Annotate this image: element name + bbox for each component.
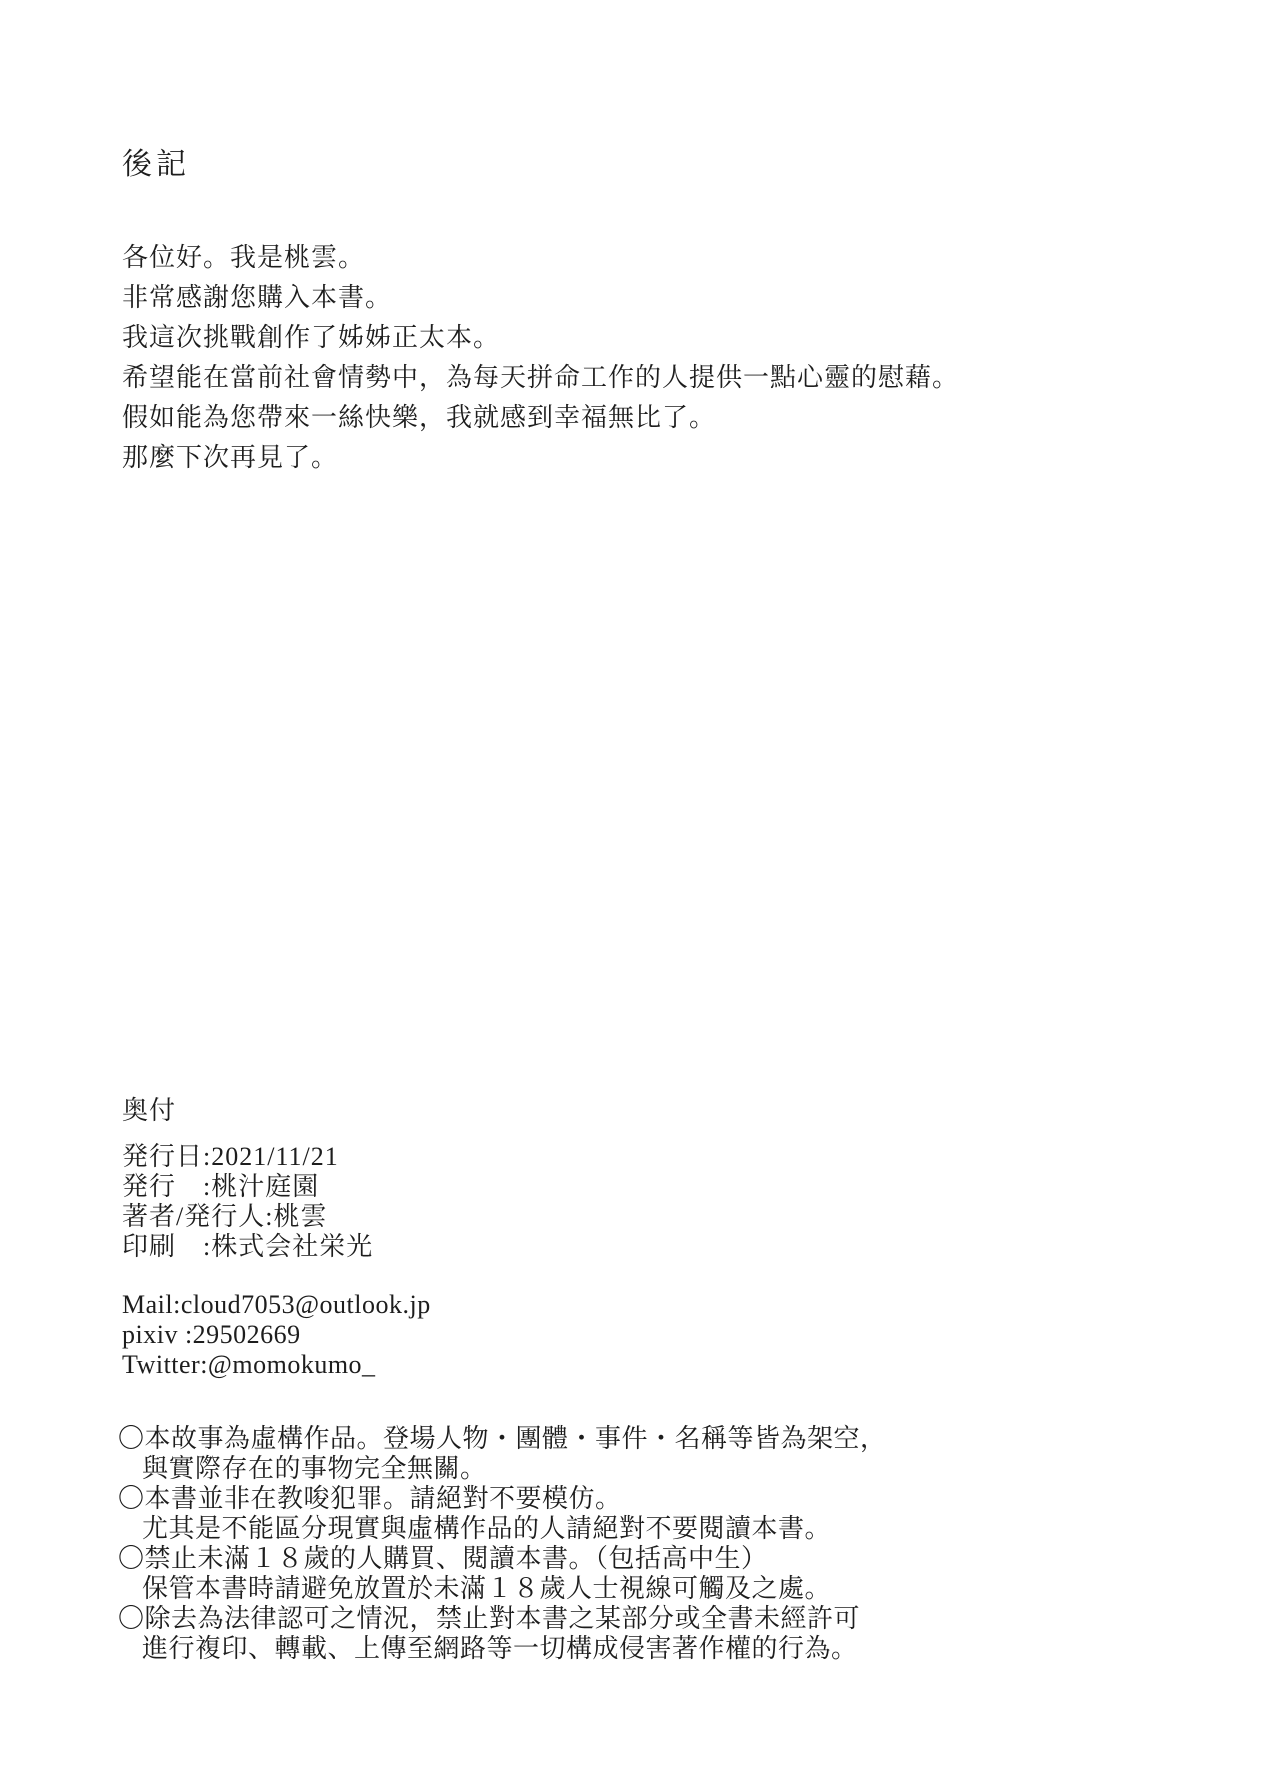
afterword-paragraph: 各位好。我是桃雲。 非常感謝您購入本書。 我這次挑戰創作了姊姊正太本。 希望能在… [122,238,1220,478]
afterword-heading: 後記 [122,148,190,181]
afterword-line: 那麼下次再見了。 [122,438,1220,478]
disclaimer-item-copyright: 〇除去為法律認可之情況，禁止對本書之某部分或全書未經許可 進行複印、轉載、上傳至… [118,1604,1240,1664]
afterword-line: 假如能為您帶來一絲快樂，我就感到幸福無比了。 [122,398,1220,438]
colophon-author: 著者/発行人:桃雲 [122,1202,373,1232]
colophon-contact-block: Mail:cloud7053@outlook.jp pixiv :2950266… [122,1290,431,1380]
afterword-line: 希望能在當前社會情勢中，為每天拼命工作的人提供一點心靈的慰藉。 [122,358,1220,398]
colophon-publisher: 発行 :桃汁庭園 [122,1172,373,1202]
contact-pixiv: pixiv :29502669 [122,1320,431,1350]
disclaimer-line: 〇本故事為虛構作品。登場人物・團體・事件・名稱等皆為架空， [118,1424,1240,1454]
disclaimer-line: 保管本書時請避免放置於未滿１８歲人士視線可觸及之處。 [118,1574,1240,1604]
colophon-printer: 印刷 :株式会社栄光 [122,1232,373,1262]
disclaimer-line: 〇本書並非在教唆犯罪。請絕對不要模仿。 [118,1484,1240,1514]
disclaimer-item-fiction: 〇本故事為虛構作品。登場人物・團體・事件・名稱等皆為架空， 與實際存在的事物完全… [118,1424,1240,1484]
colophon-publication-date: 発行日:2021/11/21 [122,1142,373,1172]
disclaimer-line: 進行複印、轉載、上傳至網路等一切構成侵害著作權的行為。 [118,1634,1240,1664]
disclaimer-item-no-imitation: 〇本書並非在教唆犯罪。請絕對不要模仿。 尤其是不能區分現實與虛構作品的人請絕對不… [118,1484,1240,1544]
disclaimer-line: 尤其是不能區分現實與虛構作品的人請絕對不要閱讀本書。 [118,1514,1240,1544]
disclaimer-block: 〇本故事為虛構作品。登場人物・團體・事件・名稱等皆為架空， 與實際存在的事物完全… [118,1424,1240,1664]
disclaimer-line: 〇禁止未滿１８歲的人購買、閱讀本書。（包括高中生） [118,1544,1240,1574]
afterword-line: 我這次挑戰創作了姊姊正太本。 [122,318,1220,358]
scanned-afterword-page: 後記 各位好。我是桃雲。 非常感謝您購入本書。 我這次挑戰創作了姊姊正太本。 希… [0,0,1280,1791]
disclaimer-line: 與實際存在的事物完全無關。 [118,1454,1240,1484]
afterword-line: 非常感謝您購入本書。 [122,278,1220,318]
contact-twitter: Twitter:@momokumo_ [122,1350,431,1380]
disclaimer-line: 〇除去為法律認可之情況，禁止對本書之某部分或全書未經許可 [118,1604,1240,1634]
contact-mail: Mail:cloud7053@outlook.jp [122,1290,431,1320]
colophon-heading: 奥付 [122,1096,176,1126]
disclaimer-item-age-restriction: 〇禁止未滿１８歲的人購買、閱讀本書。（包括高中生） 保管本書時請避免放置於未滿１… [118,1544,1240,1604]
colophon-publication-block: 発行日:2021/11/21 発行 :桃汁庭園 著者/発行人:桃雲 印刷 :株式… [122,1142,373,1262]
afterword-line: 各位好。我是桃雲。 [122,238,1220,278]
